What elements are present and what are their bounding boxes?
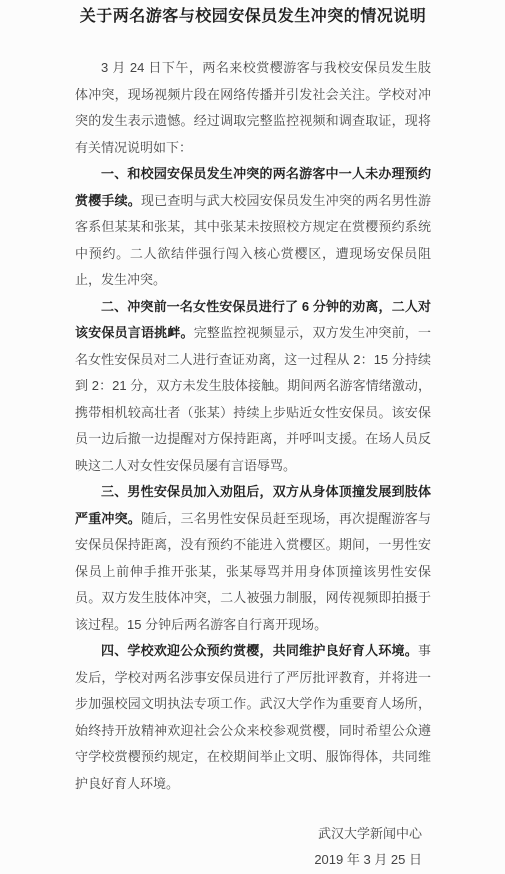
paragraph-point-3-text: 随后，三名男性安保员赶至现场，再次提醒游客与安保员保持距离，没有预约不能进入赏樱… bbox=[75, 511, 431, 632]
paragraph-point-3: 三、男性安保员加入劝阻后，双方从身体顶撞发展到肢体严重冲突。随后，三名男性安保员… bbox=[75, 479, 431, 638]
paragraph-point-2: 二、冲突前一名女性安保员进行了 6 分钟的劝离，二人对该安保员言语挑衅。完整监控… bbox=[75, 294, 431, 480]
document-body: 3 月 24 日下午，两名来校赏樱游客与我校安保员发生肢体冲突，现场视频片段在网… bbox=[75, 55, 431, 797]
document-page: 关于两名游客与校园安保员发生冲突的情况说明 3 月 24 日下午，两名来校赏樱游… bbox=[0, 0, 505, 874]
signature-date: 2019 年 3 月 25 日 bbox=[75, 847, 422, 873]
paragraph-point-4: 四、学校欢迎公众预约赏樱，共同维护良好育人环境。事发后，学校对两名涉事安保员进行… bbox=[75, 638, 431, 797]
signature-block: 武汉大学新闻中心 2019 年 3 月 25 日 bbox=[75, 821, 431, 873]
paragraph-intro: 3 月 24 日下午，两名来校赏樱游客与我校安保员发生肢体冲突，现场视频片段在网… bbox=[75, 55, 431, 161]
paragraph-point-4-lead: 四、学校欢迎公众预约赏樱，共同维护良好育人环境。 bbox=[101, 643, 418, 658]
paragraph-point-4-text: 事发后，学校对两名涉事安保员进行了严厉批评教育，并将进一步加强校园文明执法专项工… bbox=[75, 643, 431, 791]
paragraph-point-1: 一、和校园安保员发生冲突的两名游客中一人未办理预约赏樱手续。现已查明与武大校园安… bbox=[75, 161, 431, 294]
paragraph-point-2-text: 完整监控视频显示，双方发生冲突前，一名女性安保员对二人进行查证劝离，这一过程从 … bbox=[75, 325, 431, 473]
paragraph-intro-text: 3 月 24 日下午，两名来校赏樱游客与我校安保员发生肢体冲突，现场视频片段在网… bbox=[75, 60, 431, 155]
document-title: 关于两名游客与校园安保员发生冲突的情况说明 bbox=[75, 5, 431, 29]
signature-org: 武汉大学新闻中心 bbox=[75, 821, 422, 847]
